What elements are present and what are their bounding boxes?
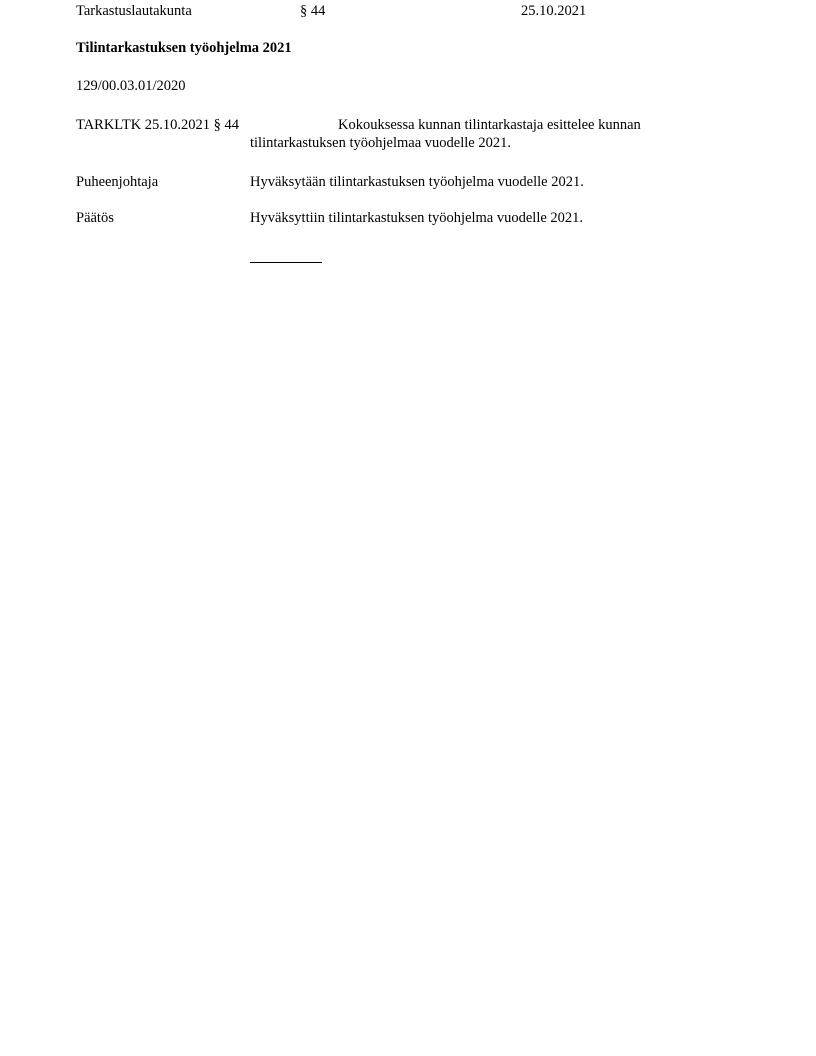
closing-rule (250, 262, 322, 263)
entry-text-proposal: Hyväksytään tilintarkastuksen työohjelma… (250, 174, 584, 191)
entry-label-decision: Päätös (76, 210, 114, 227)
entry-text-presentation-line2: tilintarkastuksen työohjelmaa vuodelle 2… (250, 135, 511, 152)
entry-label-tarkltk: TARKLTK 25.10.2021 § 44 (76, 117, 239, 134)
entry-label-chairperson: Puheenjohtaja (76, 174, 158, 191)
entry-text-decision: Hyväksyttiin tilintarkastuksen työohjelm… (250, 210, 583, 227)
meeting-date: 25.10.2021 (521, 3, 586, 20)
record-number: 129/00.03.01/2020 (76, 78, 186, 95)
entry-text-presentation-line1: Kokouksessa kunnan tilintarkastaja esitt… (338, 117, 641, 134)
section-number: § 44 (300, 3, 325, 20)
committee-name: Tarkastuslautakunta (76, 3, 192, 20)
document-title: Tilintarkastuksen työohjelma 2021 (76, 40, 292, 57)
